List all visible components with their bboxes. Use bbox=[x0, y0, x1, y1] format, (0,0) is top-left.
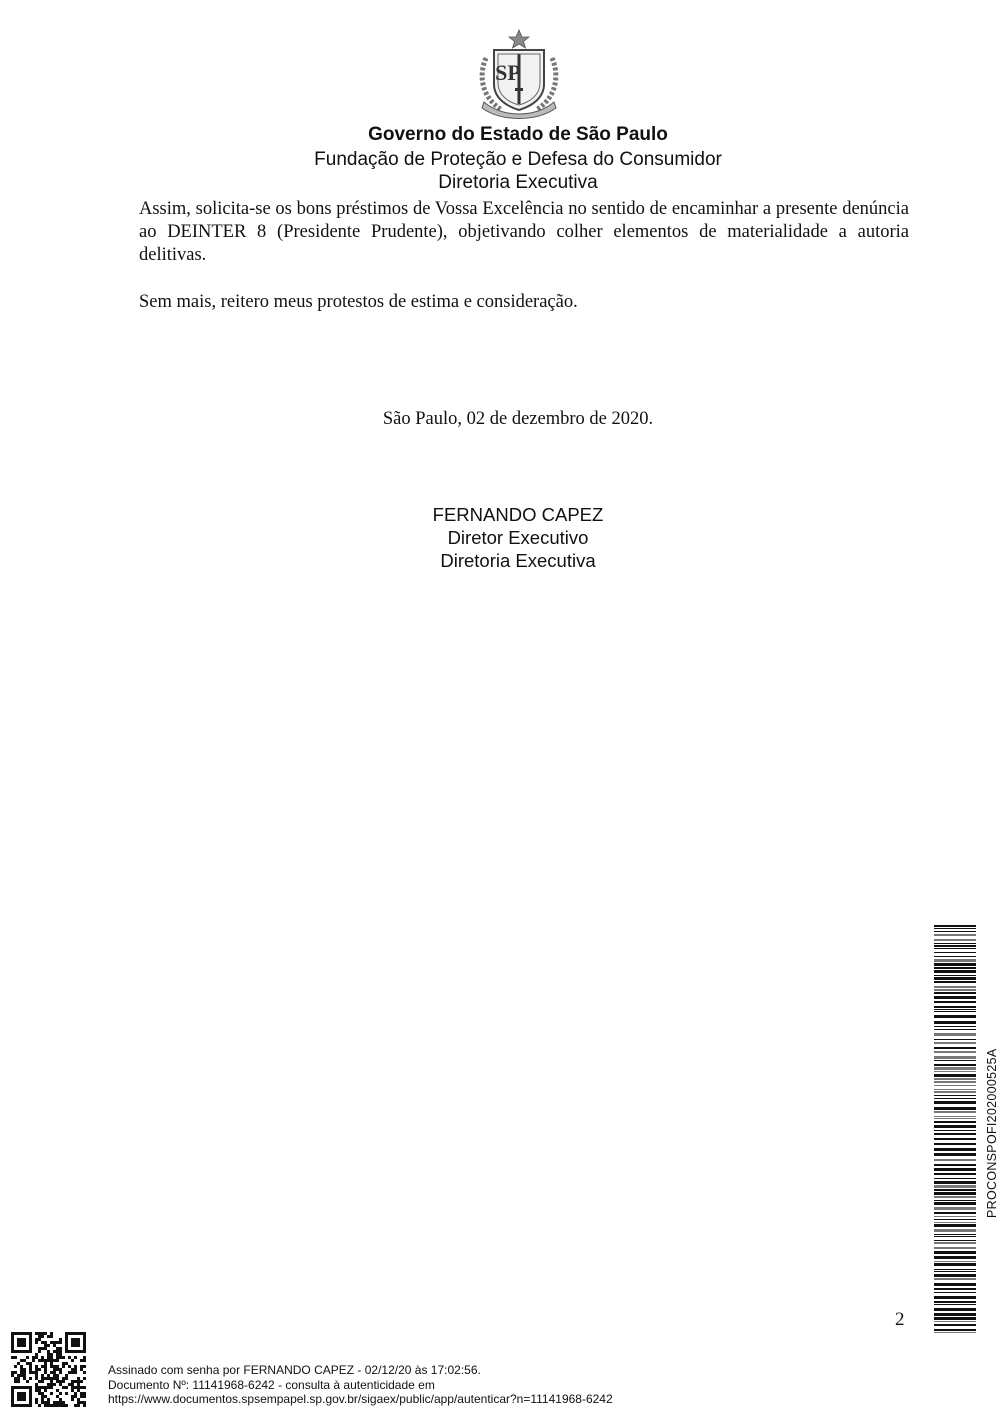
signed-by-line: Assinado com senha por FERNANDO CAPEZ - … bbox=[108, 1363, 613, 1378]
signature-footer: Assinado com senha por FERNANDO CAPEZ - … bbox=[108, 1363, 613, 1407]
page-number: 2 bbox=[895, 1309, 905, 1331]
department-name: Diretoria Executiva bbox=[0, 172, 1000, 194]
svg-text:SP: SP bbox=[495, 60, 521, 85]
qr-code-icon bbox=[11, 1332, 86, 1407]
government-title: Governo do Estado de São Paulo bbox=[0, 124, 1000, 146]
signatory-title: Diretor Executivo bbox=[0, 527, 1000, 549]
barcode-icon bbox=[934, 925, 976, 1333]
foundation-name: Fundação de Proteção e Defesa do Consumi… bbox=[0, 149, 1000, 171]
body-paragraph: Assim, solicita-se os bons préstimos de … bbox=[139, 198, 909, 267]
signatory-department: Diretoria Executiva bbox=[0, 550, 1000, 572]
barcode-label: PROCONSPOFI202000525A bbox=[985, 1048, 999, 1218]
authentication-url[interactable]: https://www.documentos.spsempapel.sp.gov… bbox=[108, 1392, 613, 1407]
dateline: São Paulo, 02 de dezembro de 2020. bbox=[0, 409, 1000, 430]
document-number-line: Documento Nº: 11141968-6242 - consulta à… bbox=[108, 1378, 613, 1393]
coat-of-arms-icon: SP bbox=[472, 28, 566, 120]
signatory-name: FERNANDO CAPEZ bbox=[0, 504, 1000, 526]
closing-paragraph: Sem mais, reitero meus protestos de esti… bbox=[139, 291, 909, 314]
